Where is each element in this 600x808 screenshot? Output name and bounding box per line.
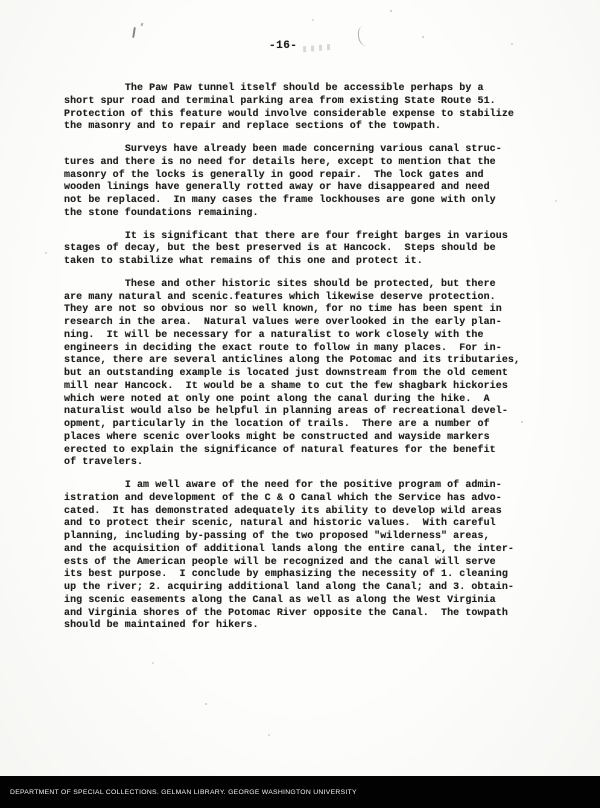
archive-credit-label: DEPARTMENT OF SPECIAL COLLECTIONS. GELMA…	[10, 789, 357, 796]
paragraph-natural-features: These and other historic sites should be…	[64, 279, 538, 470]
archive-footer-bar: DEPARTMENT OF SPECIAL COLLECTIONS. GELMA…	[0, 776, 600, 808]
paragraph-conclusion: I am well aware of the need for the posi…	[64, 480, 538, 633]
pencil-smudge	[303, 44, 333, 53]
scan-artifact-curve	[356, 25, 371, 47]
scan-artifact-specks	[0, 0, 2, 2]
page-number: -16-	[269, 40, 297, 52]
paragraph-freight-barges: It is significant that there are four fr…	[64, 231, 538, 269]
document-body: The Paw Paw tunnel itself should be acce…	[64, 83, 538, 643]
paragraph-paw-paw-tunnel: The Paw Paw tunnel itself should be acce…	[64, 83, 538, 134]
scan-artifact-dot	[141, 23, 144, 27]
paragraph-canal-surveys: Surveys have already been made concernin…	[64, 144, 538, 221]
scanned-document-page: -16- The Paw Paw tunnel itself should be…	[0, 0, 600, 808]
scan-artifact-tick	[132, 27, 136, 38]
